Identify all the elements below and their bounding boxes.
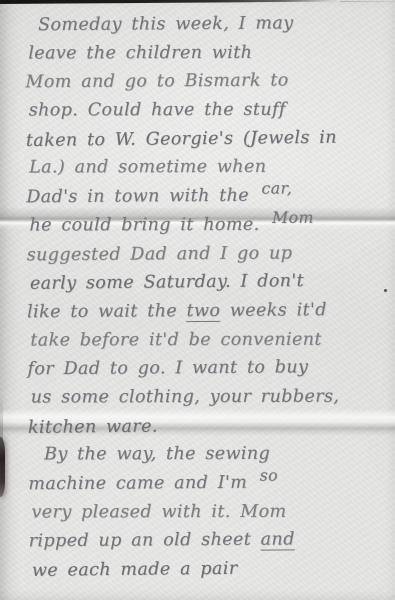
left-edge-shadow — [0, 395, 3, 441]
raised-word: Mom — [272, 208, 314, 227]
letter-body: Someday this week, I mayleave the childr… — [25, 9, 391, 585]
scan-edge-top — [0, 0, 347, 4]
letter-line: Dad's in town with the car, — [26, 181, 388, 212]
letter-line: take before it'd be convenient — [30, 325, 389, 355]
letter-line: we each made a pair — [32, 553, 391, 585]
letter-line: us some clothing, your rubbers, — [31, 382, 390, 412]
letter-line: ripped up an old sheet and — [29, 525, 391, 556]
letter-line: Someday this week, I may — [25, 9, 387, 40]
letter-line: La.) and sometime when — [29, 153, 388, 183]
underlined-word: and — [261, 530, 295, 551]
letter-line: for Dad to go. I want to buy — [27, 353, 389, 384]
letter-page: Someday this week, I mayleave the childr… — [0, 0, 395, 600]
scan-edge-top-right — [340, 1, 395, 2]
letter-line: taken to W. Georgie's (Jewels in — [26, 123, 388, 155]
letter-line: kitchen ware. — [28, 410, 390, 442]
letter-line: like to wait the two weeks it'd — [27, 296, 389, 327]
left-edge-dark-mark — [0, 437, 5, 497]
raised-word: so — [260, 466, 279, 485]
letter-line: suggested Dad and I go up — [27, 238, 389, 269]
letter-line: early some Saturday. I don't — [30, 266, 389, 298]
letter-line: By the way, the sewing — [31, 440, 390, 470]
letter-line: Mom and go to Bismark to — [25, 66, 387, 97]
letter-line: leave the children with — [28, 38, 387, 68]
letter-line: he could bring it home. Mom — [29, 210, 388, 240]
letter-line: very pleased with it. Mom — [31, 497, 390, 527]
letter-line: machine came and I'm so — [28, 468, 390, 499]
letter-line: shop. Could have the stuff — [29, 96, 388, 126]
raised-word: car, — [261, 179, 292, 198]
underlined-word: two — [187, 301, 221, 322]
